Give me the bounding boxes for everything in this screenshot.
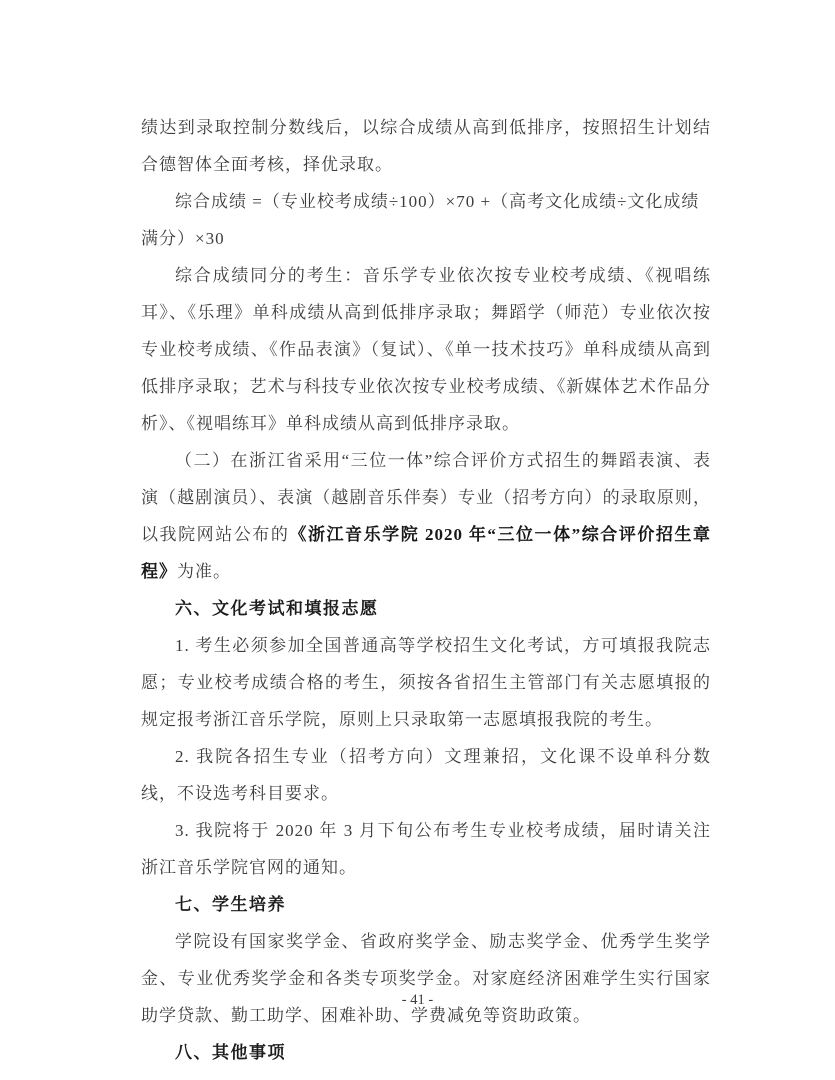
page-content: 绩达到录取控制分数线后，以综合成绩从高到低排序，按照招生计划结合德智体全面考核，… bbox=[141, 109, 711, 1071]
paragraph-text: 为准。 bbox=[177, 562, 231, 581]
body-paragraph: 1. 考生必须参加全国普通高等学校招生文化考试，方可填报我院志愿；专业校考成绩合… bbox=[141, 627, 711, 738]
section-heading: 八、其他事项 bbox=[141, 1034, 711, 1071]
body-paragraph: 3. 我院将于 2020 年 3 月下旬公布考生专业校考成绩，届时请关注浙江音乐… bbox=[141, 812, 711, 886]
body-paragraph: （二）在浙江省采用“三位一体”综合评价方式招生的舞蹈表演、表演（越剧演员）、表演… bbox=[141, 442, 711, 590]
body-paragraph: 综合成绩同分的考生：音乐学专业依次按专业校考成绩、《视唱练耳》、《乐理》单科成绩… bbox=[141, 257, 711, 442]
page-number: - 41 - bbox=[0, 992, 835, 1009]
section-heading: 六、文化考试和填报志愿 bbox=[141, 590, 711, 627]
continuation-paragraph: 绩达到录取控制分数线后，以综合成绩从高到低排序，按照招生计划结合德智体全面考核，… bbox=[141, 109, 711, 183]
formula-line: 综合成绩 =（专业校考成绩÷100）×70 +（高考文化成绩÷文化成绩满分）×3… bbox=[141, 183, 711, 257]
section-heading: 七、学生培养 bbox=[141, 886, 711, 923]
body-paragraph: 学院设有国家奖学金、省政府奖学金、励志奖学金、优秀学生奖学金、专业优秀奖学金和各… bbox=[141, 923, 711, 1034]
body-paragraph: 2. 我院各招生专业（招考方向）文理兼招，文化课不设单科分数线，不设选考科目要求… bbox=[141, 738, 711, 812]
document-page: 绩达到录取控制分数线后，以综合成绩从高到低排序，按照招生计划结合德智体全面考核，… bbox=[0, 0, 835, 1080]
